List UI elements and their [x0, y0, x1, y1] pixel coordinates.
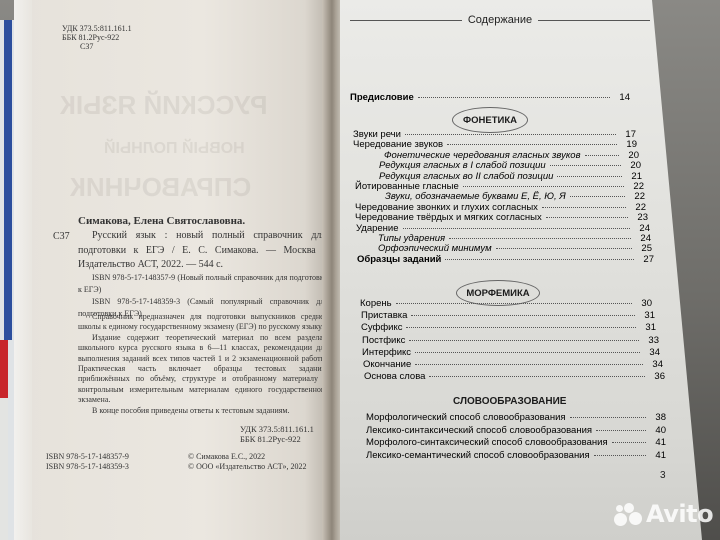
- toc-entry-label: Морфологический способ словообразования: [366, 412, 566, 423]
- copyright-line: © ООО «Издательство АСТ», 2022: [188, 462, 306, 472]
- section-title: СЛОВООБРАЗОВАНИЕ: [453, 396, 566, 407]
- annotation-paragraph: В конце пособия приведены ответы к тесто…: [78, 406, 328, 416]
- toc-entry-page: 24: [635, 233, 651, 244]
- cover-red-stripe: [0, 340, 8, 398]
- toc-entry: Звуки речи17: [353, 129, 636, 140]
- toc-entry-label: Орфоэпический минимум: [378, 243, 492, 254]
- toc-entry: Морфолого-синтаксический способ словообр…: [366, 437, 666, 448]
- toc-entry: Основа слова36: [364, 371, 665, 382]
- toc-entry-label: Окончание: [363, 359, 411, 370]
- toc-entry: Лексико-семантический способ словообразо…: [366, 450, 666, 461]
- dot-leader: [612, 442, 646, 443]
- toc-entry-page: 33: [643, 335, 659, 346]
- toc-entry-label: Суффикс: [361, 322, 402, 333]
- udk-top: УДК 373.5:811.161.1 ББК 81.2Рус-922 С37: [62, 24, 132, 51]
- toc-entry-label: Звуки, обозначаемые буквами Е, Ё, Ю, Я: [385, 191, 566, 202]
- dot-leader: [550, 165, 621, 166]
- toc-entry: Чередование твёрдых и мягких согласных23: [355, 212, 648, 223]
- toc-entry-page: 17: [620, 129, 636, 140]
- toc-entry: Редукция гласных в I слабой позиции20: [379, 160, 641, 171]
- dot-leader: [496, 248, 632, 249]
- toc-entry-page: 25: [636, 243, 652, 254]
- toc-entry-label: Чередование звонких и глухих согласных: [355, 202, 538, 213]
- toc-entry-page: 41: [650, 450, 666, 461]
- showthrough-line: НОВЫЙ ПОЛНЫЙ: [104, 140, 245, 158]
- toc-entry-page: 30: [636, 298, 652, 309]
- bibliographic-record: Русский язык : новый полный справочник д…: [78, 229, 326, 273]
- dot-leader: [415, 364, 643, 365]
- toc-entry-label: Предисловие: [350, 92, 414, 103]
- dot-leader: [403, 228, 630, 229]
- toc-entry-page: 36: [649, 371, 665, 382]
- toc-entry: Предисловие14: [350, 92, 630, 103]
- toc-entry: Приставка31: [361, 310, 655, 321]
- toc-header: Содержание: [350, 14, 650, 26]
- toc-entry-page: 22: [628, 181, 644, 192]
- toc-entry-label: Редукция гласных во II слабой позиции: [379, 171, 553, 182]
- cover-white-stripe: [0, 398, 8, 540]
- toc-entry-label: Йотированные гласные: [355, 181, 459, 192]
- toc-entry-page: 27: [638, 254, 654, 265]
- isbn-number: ISBN 978-5-17-148359-3: [46, 462, 129, 472]
- catalog-code: С37: [53, 231, 70, 242]
- dot-leader: [445, 259, 634, 260]
- toc-entry: Окончание34: [363, 359, 663, 370]
- toc-entry: Йотированные гласные22: [355, 181, 644, 192]
- toc-entry-label: Приставка: [361, 310, 407, 321]
- toc-entry-page: 40: [650, 425, 666, 436]
- dot-leader: [405, 134, 616, 135]
- dot-leader: [557, 176, 622, 177]
- annotation: Справочник предназначен для подготовки в…: [78, 312, 328, 416]
- header-rule: [350, 20, 462, 21]
- toc-entry-page: 34: [644, 347, 660, 358]
- bbk-code: ББК 81.2Рус-922: [240, 434, 314, 444]
- dot-leader: [449, 238, 631, 239]
- toc-entry-label: Лексико-синтаксический способ словообраз…: [366, 425, 592, 436]
- author-mark: С37: [62, 42, 132, 51]
- toc-entry: Ударение24: [356, 223, 650, 234]
- dot-leader: [406, 327, 636, 328]
- toc-entry-label: Фонетические чередования гласных звуков: [384, 150, 581, 161]
- dot-leader: [585, 155, 619, 156]
- toc-entry: Редукция гласных во II слабой позиции21: [379, 171, 642, 182]
- toc-entry-label: Чередование твёрдых и мягких согласных: [355, 212, 542, 223]
- toc-entry: Суффикс31: [361, 322, 656, 333]
- toc-entry: Орфоэпический минимум25: [378, 243, 652, 254]
- toc-entry: Интерфикс34: [362, 347, 660, 358]
- left-page-edge: [14, 0, 32, 540]
- toc-entry-page: 34: [647, 359, 663, 370]
- toc-entry-page: 22: [630, 202, 646, 213]
- toc-title: Содержание: [468, 14, 532, 26]
- toc-entry-label: Основа слова: [364, 371, 425, 382]
- toc-entry: Образцы заданий27: [357, 254, 654, 265]
- dot-leader: [570, 417, 646, 418]
- isbn-number: ISBN 978-5-17-148357-9: [46, 452, 129, 462]
- copyright: © Симакова Е.С., 2022 © ООО «Издательств…: [188, 452, 306, 472]
- toc-entry-label: Морфолого-синтаксический способ словообр…: [366, 437, 608, 448]
- udk-bottom: УДК 373.5:811.161.1 ББК 81.2Рус-922: [240, 424, 314, 444]
- bbk-code: ББК 81.2Рус-922: [62, 33, 132, 42]
- toc-entry: Типы ударения24: [378, 233, 651, 244]
- toc-entry: Звуки, обозначаемые буквами Е, Ё, Ю, Я22: [385, 191, 645, 202]
- toc-entry-page: 20: [623, 150, 639, 161]
- dot-leader: [415, 352, 640, 353]
- toc-entry-label: Корень: [360, 298, 392, 309]
- dot-leader: [570, 196, 625, 197]
- toc-entry-label: Редукция гласных в I слабой позиции: [379, 160, 546, 171]
- showthrough-line: СПРАВОЧНИК: [70, 172, 251, 203]
- toc-entry-label: Ударение: [356, 223, 399, 234]
- udk-code: УДК 373.5:811.161.1: [62, 24, 132, 33]
- toc-entry: Лексико-синтаксический способ словообраз…: [366, 425, 666, 436]
- isbn-bottom: ISBN 978-5-17-148357-9 ISBN 978-5-17-148…: [46, 452, 129, 472]
- udk-code: УДК 373.5:811.161.1: [240, 424, 314, 434]
- toc-entry: Фонетические чередования гласных звуков2…: [384, 150, 639, 161]
- toc-entry-label: Типы ударения: [378, 233, 445, 244]
- dot-leader: [596, 430, 646, 431]
- toc-entry-page: 20: [625, 160, 641, 171]
- toc-entry-label: Постфикс: [362, 335, 405, 346]
- toc-entry: Корень30: [360, 298, 652, 309]
- toc-entry-label: Звуки речи: [353, 129, 401, 140]
- annotation-paragraph: Справочник предназначен для подготовки в…: [78, 312, 328, 333]
- dot-leader: [447, 144, 617, 145]
- dot-leader: [594, 455, 646, 456]
- dot-leader: [409, 340, 639, 341]
- toc-entry-label: Чередование звуков: [353, 139, 443, 150]
- toc-entry-page: 19: [621, 139, 637, 150]
- toc-entry-page: 31: [639, 310, 655, 321]
- toc-entry-page: 23: [632, 212, 648, 223]
- toc-entry: Морфологический способ словообразования3…: [366, 412, 666, 423]
- toc-entry-page: 41: [650, 437, 666, 448]
- dot-leader: [542, 207, 626, 208]
- page-number: 3: [660, 470, 666, 481]
- toc-entry-page: 14: [614, 92, 630, 103]
- showthrough-line: РУССКИЙ ЯЗЫК: [60, 90, 268, 121]
- toc-entry-page: 38: [650, 412, 666, 423]
- cover-blue-stripe: [4, 20, 12, 340]
- isbn-entry: ISBN 978-5-17-148357-9 (Новый полный спр…: [78, 272, 328, 296]
- header-rule: [538, 20, 650, 21]
- toc-entry-label: Лексико-семантический способ словообразо…: [366, 450, 590, 461]
- toc-entry: Постфикс33: [362, 335, 659, 346]
- dot-leader: [546, 217, 628, 218]
- toc-entry-page: 21: [626, 171, 642, 182]
- annotation-paragraph: Издание содержит теоретический материал …: [78, 333, 328, 406]
- toc-entry-page: 31: [640, 322, 656, 333]
- copyright-line: © Симакова Е.С., 2022: [188, 452, 306, 462]
- author-name: Симакова, Елена Святославовна.: [78, 215, 245, 227]
- dot-leader: [418, 97, 610, 98]
- dot-leader: [463, 186, 624, 187]
- toc-entry-label: Образцы заданий: [357, 254, 441, 265]
- avito-dots-icon: [614, 501, 642, 527]
- toc-entry: Чередование звуков19: [353, 139, 637, 150]
- dot-leader: [396, 303, 632, 304]
- avito-logo-text: Avito: [646, 500, 713, 528]
- toc-entry-page: 22: [629, 191, 645, 202]
- toc-entry: Чередование звонких и глухих согласных22: [355, 202, 646, 213]
- toc-entry-label: Интерфикс: [362, 347, 411, 358]
- toc-entry-page: 24: [634, 223, 650, 234]
- dot-leader: [411, 315, 635, 316]
- avito-watermark: Avito: [614, 500, 713, 528]
- dot-leader: [429, 376, 645, 377]
